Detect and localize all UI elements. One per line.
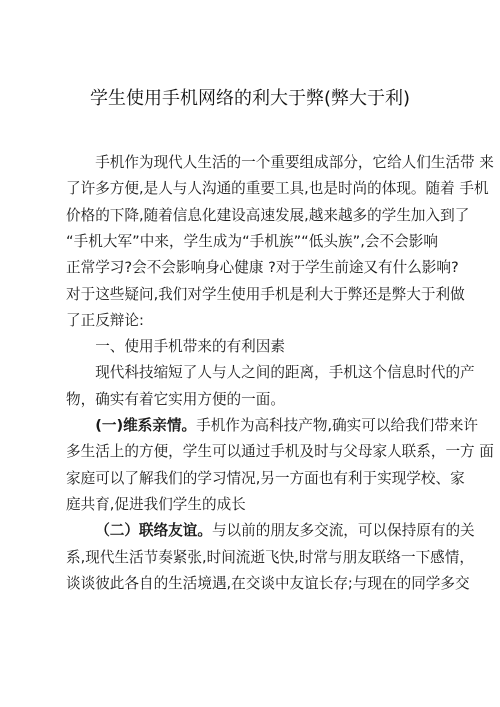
section-heading: （二）联络友谊。 (95, 522, 212, 539)
paragraph-line: 家庭可以了解我们的学习情况,另一方面也有利于实现学校、家 (66, 469, 438, 489)
section-heading: (一)维系亲情。 (95, 417, 196, 434)
line-text: 与以前的朋友多交流，可以保持原有的关 (212, 522, 475, 539)
line-text: 多生活上的方便，学生可以通过手机及时与父母家人联系，一方 面 (66, 443, 494, 460)
line-text: 现代科技缩短了人与人之间的距离，手机这个信息时代的产 (95, 364, 474, 381)
document-page: 学生使用手机网络的利大于弊(弊大于利) 手机作为现代人生活的一个重要组成部分，它… (0, 0, 500, 707)
line-text: 了正反辩论: (66, 312, 144, 329)
line-text: 手机作为现代人生活的一个重要组成部分，它给人们生活带 来 (95, 154, 494, 171)
paragraph-line: 价格的下降,随着信息化建设高速发展,越来越多的学生加入到了 (66, 206, 438, 226)
paragraph-line: 正常学习?会不会影响身心健康 ?对于学生前途又有什么影响? (66, 258, 438, 278)
line-text: 对于这些疑问,我们对学生使用手机是利大于弊还是弊大于利做 (66, 286, 465, 303)
line-text: 正常学习?会不会影响身心健康 ?对于学生前途又有什么影响? (66, 259, 459, 276)
line-text: 庭共育,促进我们学生的成长 (66, 496, 246, 513)
line-text: 物，确实有着它实用方便的一面。 (66, 391, 285, 408)
paragraph-line: 物，确实有着它实用方便的一面。 (66, 390, 438, 410)
paragraph-line: 系,现代生活节奏紧张,时间流逝飞快,时常与朋友联络一下感情， (66, 548, 438, 568)
paragraph-line: （二）联络友谊。与以前的朋友多交流，可以保持原有的关 (95, 521, 438, 541)
line-text: 家庭可以了解我们的学习情况,另一方面也有利于实现学校、家 (66, 470, 465, 487)
line-text: 谈谈彼此各自的生活境遇,在交谈中友谊长存;与现在的同学多交 (66, 575, 470, 592)
line-text: 价格的下降,随着信息化建设高速发展,越来越多的学生加入到了 (66, 207, 469, 224)
line-text: “手机大军”中来，学生成为“手机族”“低头族”,会不会影响 (66, 233, 438, 250)
paragraph-line: 了正反辩论: (66, 311, 438, 331)
line-text: 了许多方便,是人与人沟通的重要工具,也是时尚的体现。随着 手机 (66, 180, 489, 197)
paragraph-line: 多生活上的方便，学生可以通过手机及时与父母家人联系，一方 面 (66, 442, 438, 462)
line-text: 一、使用手机带来的有利因素 (95, 338, 285, 355)
paragraph-line: 一、使用手机带来的有利因素 (95, 337, 438, 357)
paragraph-line: 谈谈彼此各自的生活境遇,在交谈中友谊长存;与现在的同学多交 (66, 574, 438, 594)
paragraph-line: 了许多方便,是人与人沟通的重要工具,也是时尚的体现。随着 手机 (66, 179, 438, 199)
paragraph-line: 现代科技缩短了人与人之间的距离，手机这个信息时代的产 (95, 363, 438, 383)
document-title: 学生使用手机网络的利大于弊(弊大于利) (0, 84, 500, 110)
line-text: 手机作为高科技产物,确实可以给我们带来许 (196, 417, 478, 434)
paragraph-line: (一)维系亲情。手机作为高科技产物,确实可以给我们带来许 (95, 416, 438, 436)
paragraph-line: “手机大军”中来，学生成为“手机族”“低头族”,会不会影响 (66, 232, 438, 252)
paragraph-line: 手机作为现代人生活的一个重要组成部分，它给人们生活带 来 (95, 153, 438, 173)
paragraph-line: 对于这些疑问,我们对学生使用手机是利大于弊还是弊大于利做 (66, 285, 438, 305)
paragraph-line: 庭共育,促进我们学生的成长 (66, 495, 438, 515)
line-text: 系,现代生活节奏紧张,时间流逝飞快,时常与朋友联络一下感情， (66, 549, 474, 566)
